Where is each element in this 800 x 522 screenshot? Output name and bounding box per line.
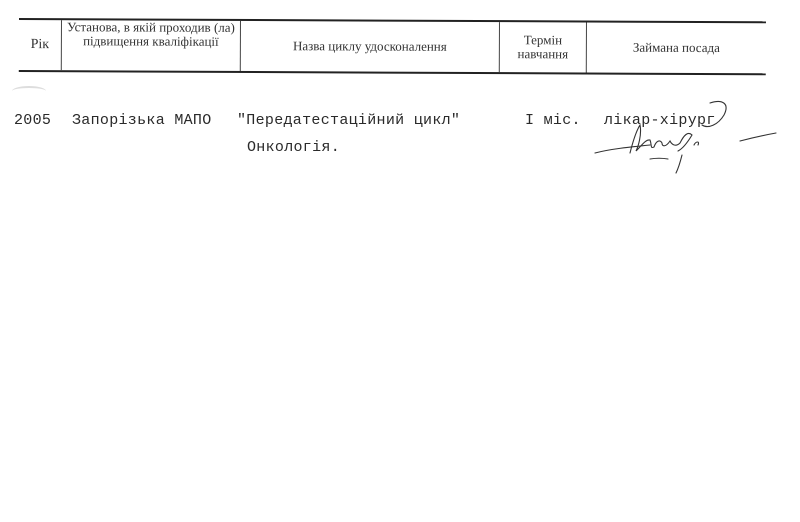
- header-position: Займана посада: [587, 22, 766, 73]
- row-cycle-line1: "Передатестаційний цикл": [237, 112, 460, 129]
- row-year: 2005: [14, 112, 51, 129]
- header-duration: Термін навчання: [500, 22, 587, 72]
- header-cycle-name: Назва циклу удосконалення: [241, 21, 500, 72]
- row-institution: Запорізька МАПО: [72, 112, 212, 129]
- row-cycle-line2: Онкологія.: [247, 139, 340, 156]
- pen-mark: [12, 86, 46, 96]
- header-institution: Установа, в якій проходив (ла) підвищенн…: [62, 20, 241, 71]
- table-header: Рік Установа, в якій проходив (ла) підви…: [19, 18, 766, 75]
- header-year: Рік: [19, 20, 62, 70]
- signature: [590, 95, 780, 175]
- row-duration: I міс.: [525, 112, 581, 129]
